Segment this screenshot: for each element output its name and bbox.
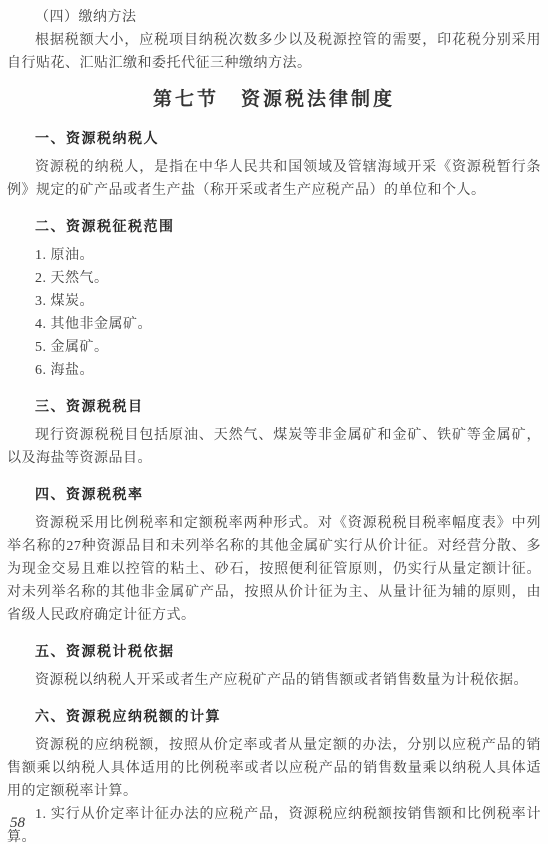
paragraph-tax-rates: 资源税采用比例税率和定额税率两种形式。对《资源税税目税率幅度表》中列举名称的27…: [7, 512, 541, 627]
subsection-heading-payment-methods: （四）缴纳方法: [7, 6, 541, 29]
paragraph-tax-calculation: 资源税的应纳税额，按照从价定率或者从量定额的办法，分别以应税产品的销售额乘以纳税…: [7, 734, 541, 803]
tax-scope-list: 1. 原油。 2. 天然气。 3. 煤炭。 4. 其他非金属矿。 5. 金属矿。…: [7, 244, 541, 382]
heading-tax-calculation: 六、资源税应纳税额的计算: [7, 705, 541, 728]
page-number: 58: [10, 812, 25, 835]
paragraph-taxpayer: 资源税的纳税人，是指在中华人民共和国领域及管辖海域开采《资源税暂行条例》规定的矿…: [7, 156, 541, 202]
document-page: （四）缴纳方法 根据税额大小，应税项目纳税次数多少以及税源控管的需要，印花税分别…: [0, 0, 548, 844]
paragraph-ad-valorem-method: 1. 实行从价定率计征办法的应税产品，资源税应纳税额按销售额和比例税率计算。: [7, 803, 541, 844]
list-item-other-nonmetal-ore: 4. 其他非金属矿。: [7, 313, 541, 336]
heading-tax-basis: 五、资源税计税依据: [7, 640, 541, 663]
list-item-natural-gas: 2. 天然气。: [7, 267, 541, 290]
list-item-coal: 3. 煤炭。: [7, 290, 541, 313]
heading-tax-scope: 二、资源税征税范围: [7, 215, 541, 238]
intro-paragraph: 根据税额大小，应税项目纳税次数多少以及税源控管的需要，印花税分别采用自行贴花、汇…: [7, 29, 541, 75]
list-item-metal-ore: 5. 金属矿。: [7, 336, 541, 359]
heading-tax-items: 三、资源税税目: [7, 395, 541, 418]
list-item-sea-salt: 6. 海盐。: [7, 359, 541, 382]
heading-resource-tax-taxpayer: 一、资源税纳税人: [7, 127, 541, 150]
paragraph-tax-items: 现行资源税税目包括原油、天然气、煤炭等非金属矿和金矿、铁矿等金属矿，以及海盐等资…: [7, 424, 541, 470]
heading-tax-rates: 四、资源税税率: [7, 483, 541, 506]
list-item-crude-oil: 1. 原油。: [7, 244, 541, 267]
paragraph-tax-basis: 资源税以纳税人开采或者生产应税矿产品的销售额或者销售数量为计税依据。: [7, 669, 541, 692]
section-title: 第七节 资源税法律制度: [7, 86, 541, 114]
